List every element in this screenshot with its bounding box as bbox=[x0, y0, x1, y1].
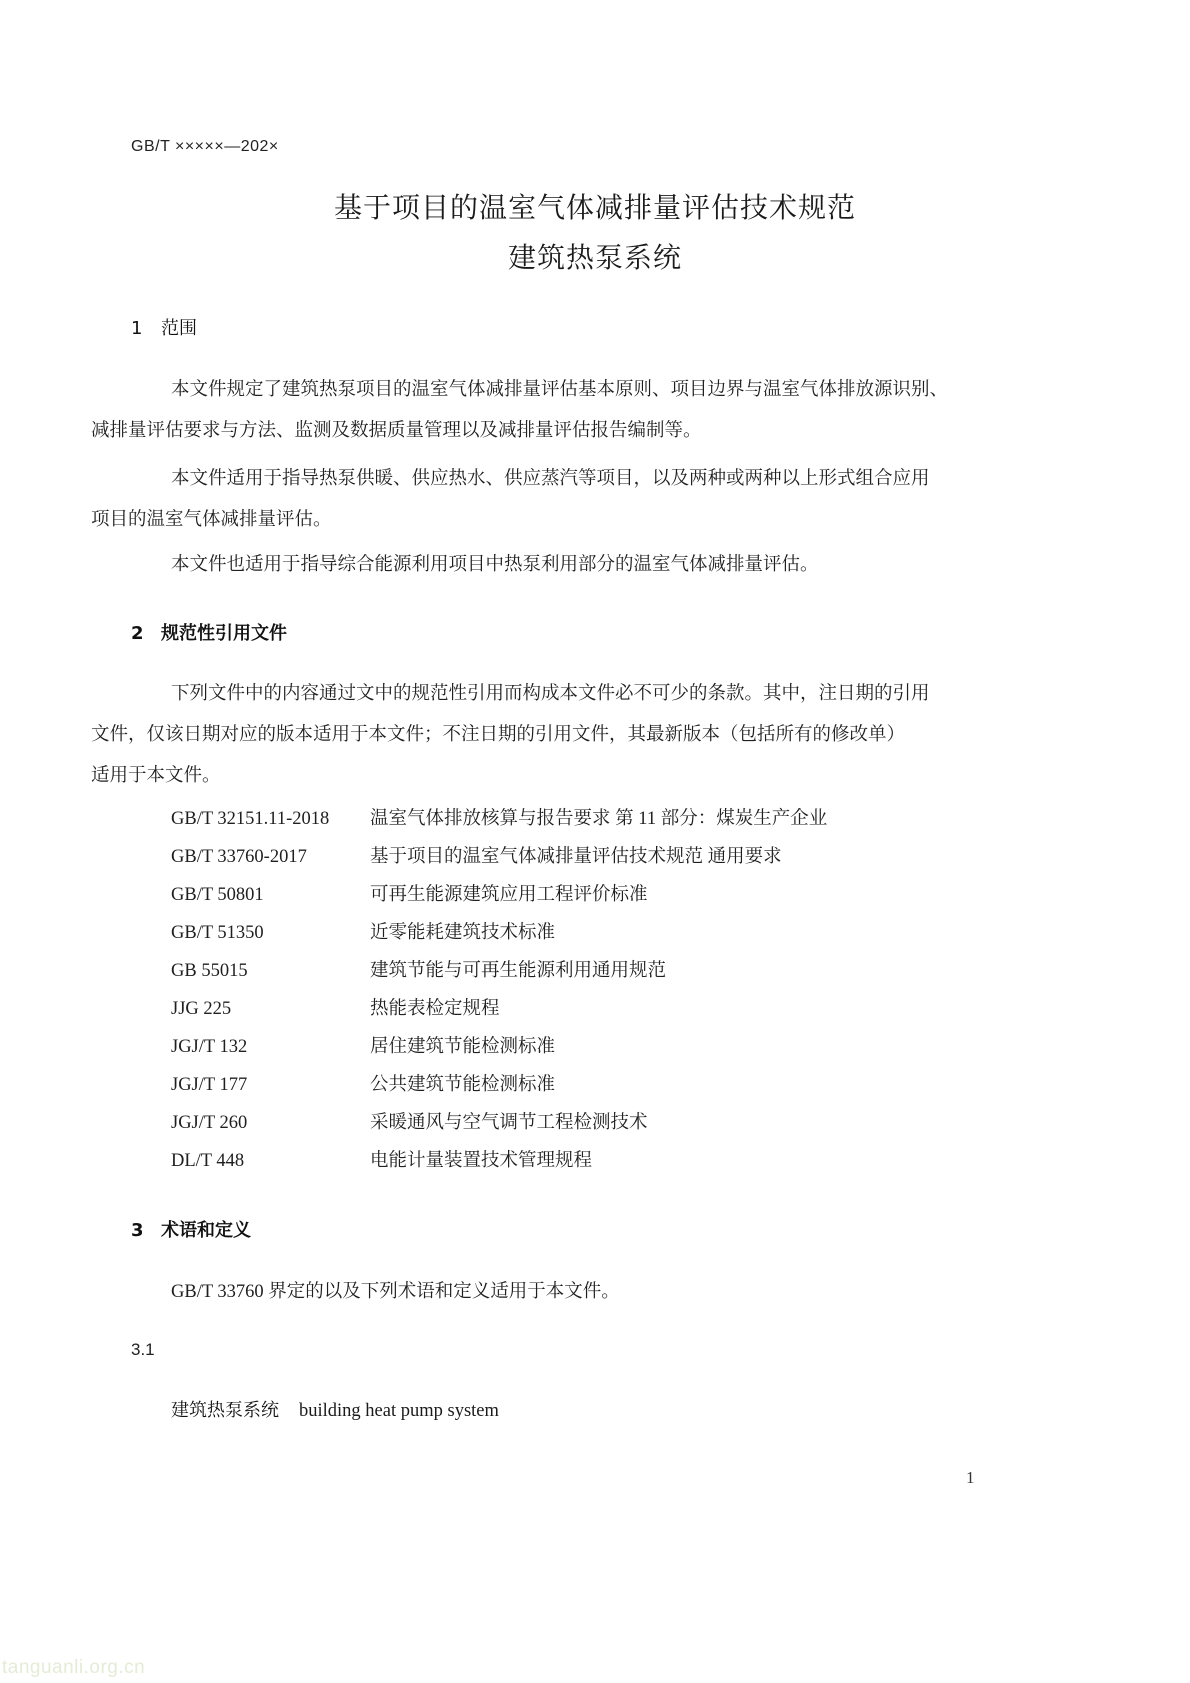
reference-code: JGJ/T 132 bbox=[171, 1028, 370, 1066]
reference-item: DL/T 448电能计量装置技术管理规程 bbox=[171, 1142, 827, 1180]
reference-item: GB 55015建筑节能与可再生能源利用通用规范 bbox=[171, 952, 827, 990]
section-title: 范围 bbox=[161, 318, 197, 339]
paragraph-line: 文件，仅该日期对应的版本适用于本文件；不注日期的引用文件，其最新版本（包括所有的… bbox=[91, 715, 981, 756]
reference-list: GB/T 32151.11-2018温室气体排放核算与报告要求 第 11 部分：… bbox=[171, 800, 827, 1180]
reference-code: JJG 225 bbox=[171, 990, 370, 1028]
reference-code: GB 55015 bbox=[171, 952, 370, 990]
watermark: tanguanli.org.cn bbox=[2, 1657, 145, 1679]
scope-paragraph-2: 本文件适用于指导热泵供暖、供应热水、供应蒸汽等项目，以及两种或两种以上形式组合应… bbox=[131, 459, 981, 541]
paragraph-line: 减排量评估要求与方法、监测及数据质量管理以及减排量评估报告编制等。 bbox=[91, 411, 981, 452]
reference-item: GB/T 50801可再生能源建筑应用工程评价标准 bbox=[171, 876, 827, 914]
reference-item: JJG 225热能表检定规程 bbox=[171, 990, 827, 1028]
page-number: 1 bbox=[966, 1468, 975, 1488]
paragraph-line: 适用于本文件。 bbox=[91, 756, 981, 797]
section-title: 术语和定义 bbox=[161, 1220, 251, 1241]
reference-code: JGJ/T 177 bbox=[171, 1066, 370, 1104]
term-entry: 建筑热泵系统building heat pump system bbox=[171, 1396, 499, 1422]
section-heading-scope: 1范围 bbox=[131, 314, 197, 340]
clause-number: 3.1 bbox=[131, 1340, 155, 1360]
reference-title: 温室气体排放核算与报告要求 第 11 部分：煤炭生产企业 bbox=[370, 800, 827, 838]
document-title: 基于项目的温室气体减排量评估技术规范 bbox=[0, 186, 1190, 226]
reference-item: JGJ/T 260采暖通风与空气调节工程检测技术 bbox=[171, 1104, 827, 1142]
standard-code: GB/T ×××××—202× bbox=[131, 138, 279, 156]
reference-code: GB/T 32151.11-2018 bbox=[171, 800, 370, 838]
section-number: 2 bbox=[131, 623, 161, 644]
paragraph-line: 本文件规定了建筑热泵项目的温室气体减排量评估基本原则、项目边界与温室气体排放源识… bbox=[131, 370, 981, 411]
reference-item: JGJ/T 132居住建筑节能检测标准 bbox=[171, 1028, 827, 1066]
reference-title: 基于项目的温室气体减排量评估技术规范 通用要求 bbox=[370, 838, 782, 876]
reference-item: GB/T 32151.11-2018温室气体排放核算与报告要求 第 11 部分：… bbox=[171, 800, 827, 838]
reference-item: GB/T 33760-2017基于项目的温室气体减排量评估技术规范 通用要求 bbox=[171, 838, 827, 876]
reference-code: JGJ/T 260 bbox=[171, 1104, 370, 1142]
reference-title: 建筑节能与可再生能源利用通用规范 bbox=[370, 952, 666, 990]
reference-title: 居住建筑节能检测标准 bbox=[370, 1028, 555, 1066]
references-intro-paragraph: 下列文件中的内容通过文中的规范性引用而构成本文件必不可少的条款。其中，注日期的引… bbox=[131, 674, 981, 797]
term-english: building heat pump system bbox=[299, 1401, 499, 1421]
section-number: 1 bbox=[131, 318, 161, 339]
reference-code: GB/T 50801 bbox=[171, 876, 370, 914]
reference-code: GB/T 51350 bbox=[171, 914, 370, 952]
reference-title: 可再生能源建筑应用工程评价标准 bbox=[370, 876, 648, 914]
reference-item: JGJ/T 177公共建筑节能检测标准 bbox=[171, 1066, 827, 1104]
paragraph-line: 下列文件中的内容通过文中的规范性引用而构成本文件必不可少的条款。其中，注日期的引… bbox=[131, 674, 981, 715]
scope-paragraph-3: 本文件也适用于指导综合能源利用项目中热泵利用部分的温室气体减排量评估。 bbox=[131, 545, 981, 586]
document-subtitle: 建筑热泵系统 bbox=[0, 236, 1190, 276]
paragraph-line: GB/T 33760 界定的以及下列术语和定义适用于本文件。 bbox=[131, 1272, 981, 1313]
reference-title: 电能计量装置技术管理规程 bbox=[370, 1142, 592, 1180]
reference-code: DL/T 448 bbox=[171, 1142, 370, 1180]
section-number: 3 bbox=[131, 1220, 161, 1241]
reference-item: GB/T 51350近零能耗建筑技术标准 bbox=[171, 914, 827, 952]
reference-title: 公共建筑节能检测标准 bbox=[370, 1066, 555, 1104]
term-chinese: 建筑热泵系统 bbox=[171, 1400, 279, 1421]
paragraph-line: 项目的温室气体减排量评估。 bbox=[91, 500, 981, 541]
paragraph-line: 本文件适用于指导热泵供暖、供应热水、供应蒸汽等项目，以及两种或两种以上形式组合应… bbox=[131, 459, 981, 500]
scope-paragraph-1: 本文件规定了建筑热泵项目的温室气体减排量评估基本原则、项目边界与温室气体排放源识… bbox=[131, 370, 981, 452]
reference-title: 热能表检定规程 bbox=[370, 990, 500, 1028]
section-heading-terms-definitions: 3术语和定义 bbox=[131, 1216, 251, 1242]
paragraph-line: 本文件也适用于指导综合能源利用项目中热泵利用部分的温室气体减排量评估。 bbox=[131, 545, 981, 586]
terms-intro-paragraph: GB/T 33760 界定的以及下列术语和定义适用于本文件。 bbox=[131, 1272, 981, 1313]
reference-title: 采暖通风与空气调节工程检测技术 bbox=[370, 1104, 648, 1142]
reference-title: 近零能耗建筑技术标准 bbox=[370, 914, 555, 952]
section-title: 规范性引用文件 bbox=[161, 623, 287, 644]
reference-code: GB/T 33760-2017 bbox=[171, 838, 370, 876]
section-heading-normative-references: 2规范性引用文件 bbox=[131, 619, 287, 645]
